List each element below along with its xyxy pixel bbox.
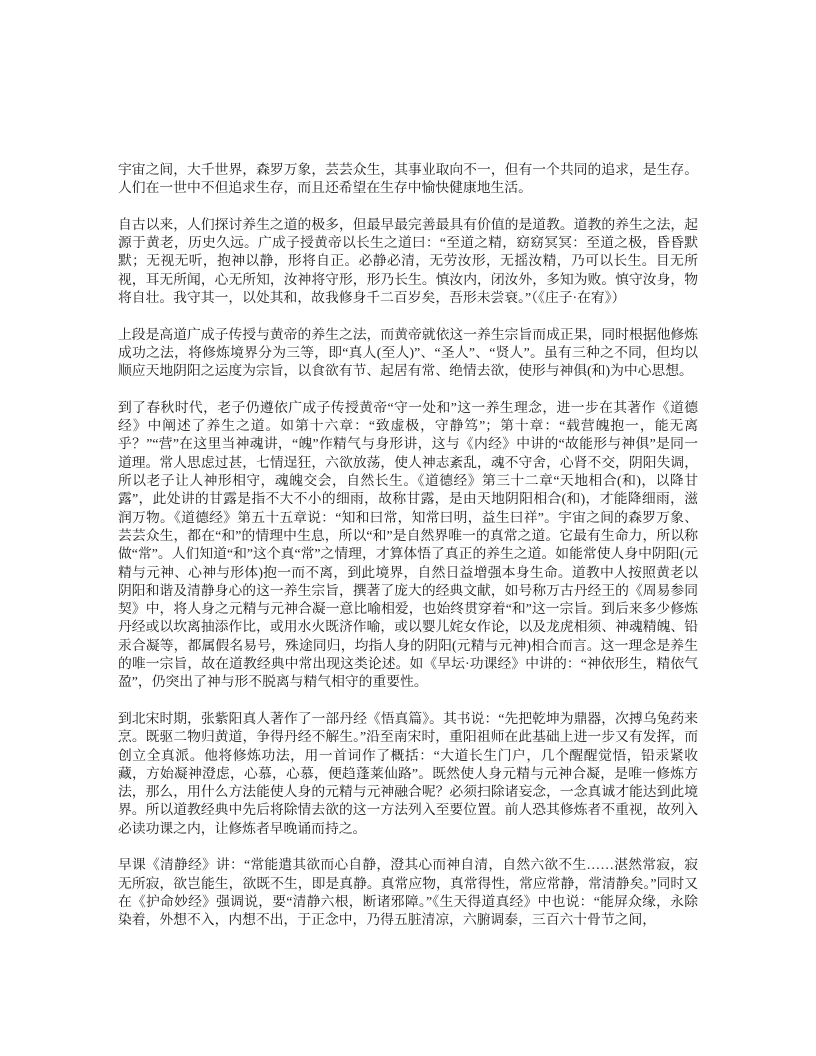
paragraph-wuzhenpian-quanzhen: 到北宋时期，张紫阳真人著作了一部丹经《悟真篇》。其书说：“先把乾坤为鼎器，次搏乌…: [118, 710, 698, 838]
paragraph-laozi-daodejing: 到了春秋时代，老子仍遵依广成子传授黄帝“守一处和”这一养生理念，进一步在其著作《…: [118, 399, 698, 692]
paragraph-three-realms: 上段是高道广成子传授与黄帝的养生之法，而黄帝就依这一养生宗旨而成正果，同时根据他…: [118, 326, 698, 381]
paragraph-guangchengzi-quote: 自古以来，人们探讨养生之道的极多，但最早最完善最具有价值的是道教。道教的养生之法…: [118, 216, 698, 307]
document-content: 宇宙之间，大千世界，森罗万象，芸芸众生，其事业取向不一，但有一个共同的追求，是生…: [118, 161, 698, 948]
paragraph-intro: 宇宙之间，大千世界，森罗万象，芸芸众生，其事业取向不一，但有一个共同的追求，是生…: [118, 161, 698, 198]
paragraph-qingjingjing: 早课《清静经》讲：“常能遣其欲而心自静，澄其心而神自清，自然六欲不生……湛然常寂…: [118, 856, 698, 929]
document-page: 宇宙之间，大千世界，森罗万象，芸芸众生，其事业取向不一，但有一个共同的追求，是生…: [0, 0, 816, 1056]
